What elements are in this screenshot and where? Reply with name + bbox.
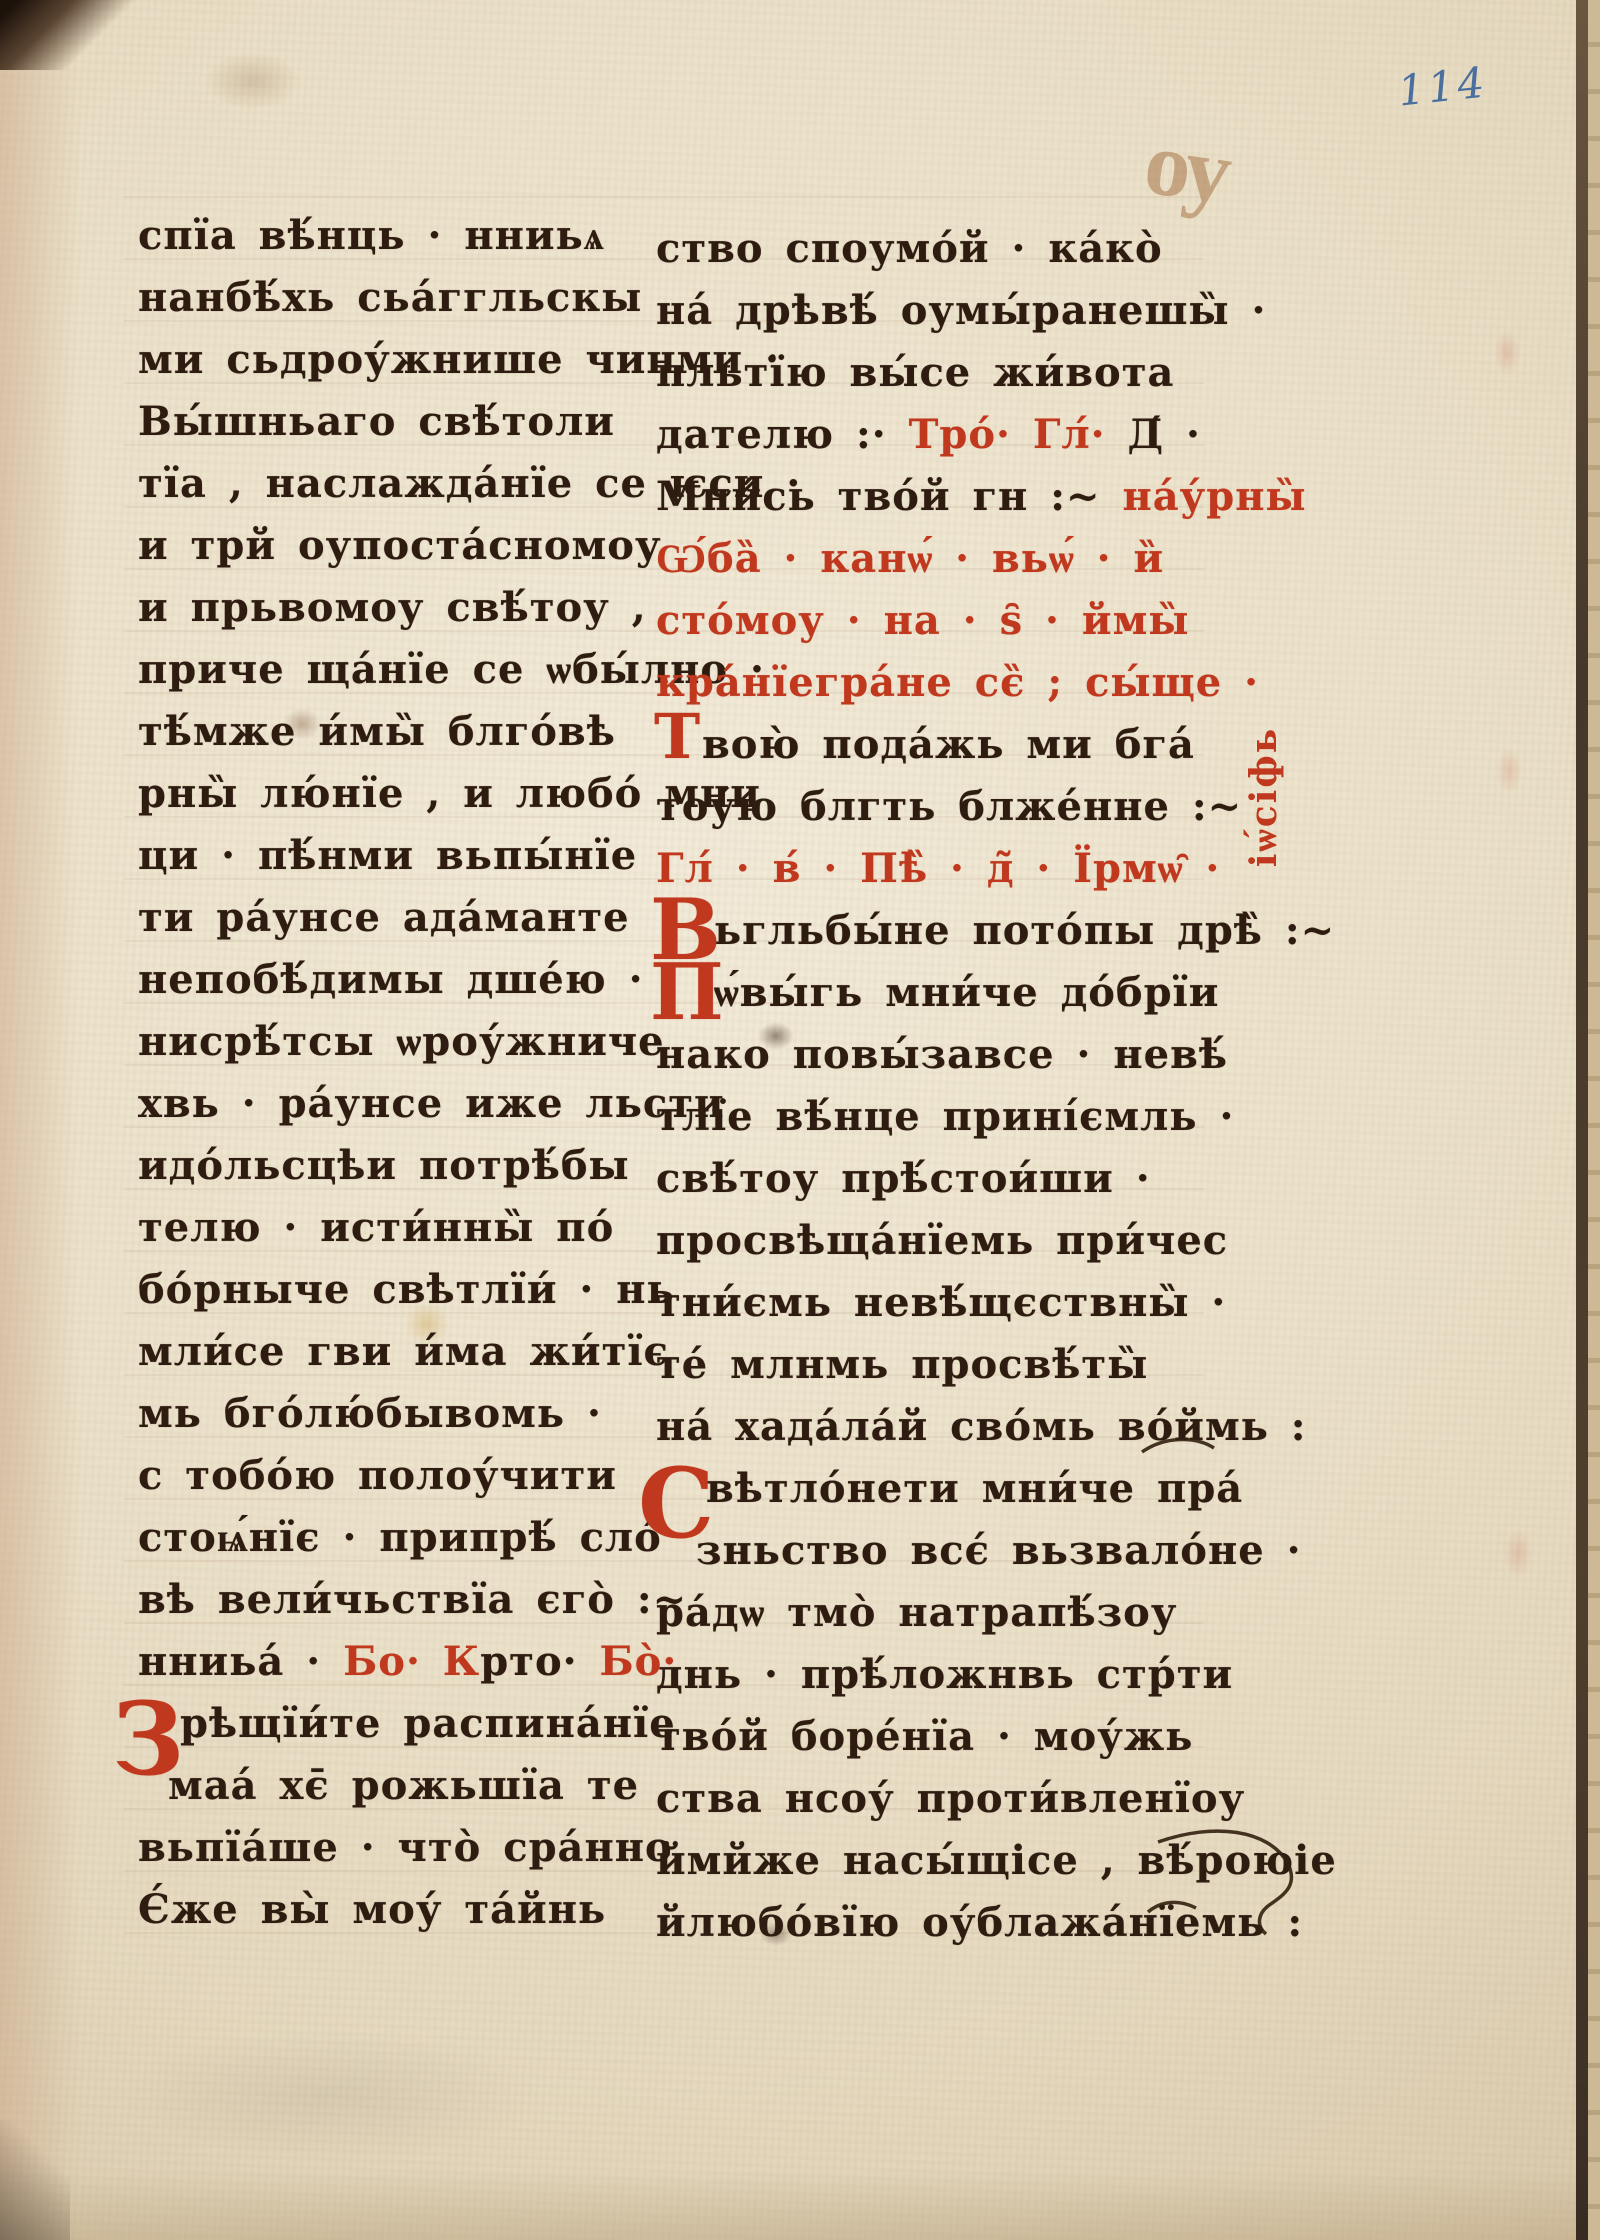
stain [120,2030,540,2160]
text-segment: рѣщїи́те распина́нїе [180,1700,676,1747]
text-line: вьпїа́ше · что̀ сра́нно [138,1817,673,1879]
text-line: тоу́ю блгть блже́нне :~ [656,776,1242,838]
text-line: дателю :· Тро́· Гл́· Д́ · [656,404,1201,466]
manuscript-page: спїа вѣ́нць · нниьѧнанбѣ́хь сьа́ггльскым… [0,0,1600,2240]
text-segment: хвь · ра́унсе иже льсти [138,1080,725,1127]
stain [1494,330,1520,376]
text-segment: Тро́· [909,411,1033,458]
text-line: Твою̀ пода́жь ми бга́ [656,714,1195,776]
text-segment: на́ хада́ла́й сво́мь во́ймь : [656,1403,1307,1450]
text-line: сто́моу · на · ѕ̑ · ймы̏ [656,590,1189,652]
text-line: Мни́сь тво́й гн :~ на́у́рны̏ [656,466,1307,528]
text-segment: Вы́шньаго свѣ́толи [138,398,615,445]
text-segment: бо́рныче свѣтлїи́ · нь [138,1266,675,1313]
page-stack-edge [1588,0,1600,2240]
text-segment: и прьвомоу свѣ́тоу , [138,584,647,631]
stain [1496,748,1522,794]
text-line: Вы́шньаго свѣ́толи [138,391,615,453]
stain [1504,1528,1532,1578]
text-line: пльтїю вы́се жи́вота [656,342,1174,404]
text-line: ти ра́унсе ада́манте [138,887,630,949]
text-segment: зньство всє́ вьзвало́не · [696,1527,1302,1574]
text-segment: на́ дрѣвѣ́ оумы́ранешы̏ · [656,287,1266,334]
text-segment: сто́моу · на · ѕ̑ · ймы̏ [656,597,1189,644]
text-segment: йлюбо́вїю оу́блажа́нїемь : [656,1899,1303,1946]
text-line: с тобо́ю полоу́чити [138,1445,617,1507]
text-line: нако повы́завсе · невѣ́ [656,1024,1228,1086]
text-segment: тво́й боре́нїа · моу́жь [656,1713,1193,1760]
text-line: мли́се гви и́ма жи́тїє [138,1321,669,1383]
text-line: и прьвомоу свѣ́тоу , [138,577,647,639]
text-segment: днь · прѣ́ложнвь стр́ти [656,1651,1233,1698]
text-segment: Є́же вы̀ моу́ та́йнь [138,1886,606,1933]
text-segment: ра́дѡ тмо̀ натрапѣ́зоу [656,1589,1177,1636]
text-line: ство споумо́й · ка́ко̀ [656,218,1163,280]
text-line: днь · прѣ́ложнвь стр́ти [656,1644,1233,1706]
text-line: вѣ вели́чьствїа єго̀ :~ [138,1569,687,1631]
text-line: Є́же вы̀ моу́ та́йнь [138,1879,606,1941]
text-segment: рто· [480,1638,599,1685]
text-segment: непобѣ́димы дше́ю · [138,956,644,1003]
text-segment: с тобо́ю полоу́чити [138,1452,617,1499]
text-line: Вьгльбы́не пото́пы дрѣ̏ :~ [656,900,1335,962]
text-segment: мли́се гви и́ма жи́тїє [138,1328,669,1375]
text-segment: Ѡ́ба̏ · канѡ́ · вьѡ́ · и̏ [656,535,1164,582]
text-line: стоѩ́нїє · припрѣ́ сло́ [138,1507,662,1569]
text-segment: пльтїю вы́се жи́вота [656,349,1174,396]
text-segment: идо́льсцѣи потрѣ́бы [138,1142,630,1189]
stain [205,52,300,110]
text-segment: мь бго́лю́бывомь · [138,1390,602,1437]
text-line: тво́й боре́нїа · моу́жь [656,1706,1193,1768]
text-segment: маа́ хє̄ рожьшїа те [168,1762,639,1809]
text-segment: тѣ́мже и́мы̏ блго́вѣ [138,708,616,755]
dark-corner-top-left [0,0,150,70]
text-segment: телю · исти́нны̏ по́ [138,1204,614,1251]
margin-note-joseph: іѡ́сіфь [1243,687,1287,907]
text-line: ци · пѣ́нми вьпы́нїе [138,825,637,887]
text-segment: вою̀ пода́жь ми бга́ [702,721,1195,768]
text-line: на́ хада́ла́й сво́мь во́ймь : [656,1396,1307,1458]
text-segment: те́ млнмь просвѣ́ты̏ [656,1341,1148,1388]
folio-number: 114 [1396,57,1490,115]
text-segment: вѣтло́нети мни́че пра́ [706,1465,1243,1512]
text-segment: Бо· [343,1638,443,1685]
text-line: тѣ́мже и́мы̏ блго́вѣ [138,701,616,763]
text-segment: ѡ́вы́гь мни́че до́брїи [714,969,1219,1016]
text-line: тлїе вѣ́нце прині́ємль · [656,1086,1234,1148]
drop-cap: Т [654,706,701,768]
text-line: и трй оупоста́сномоу [138,515,662,577]
text-segment: ство споумо́й · ка́ко̀ [656,225,1163,272]
text-line: Гл́ · в́ · Пѣ̏ · д̃ · Їрмѡ̑ · [656,838,1220,900]
text-line: нниьа́ · Бо· Крто· Бо̀· [138,1631,677,1693]
text-line: Пѡ́вы́гь мни́че до́брїи [656,962,1219,1024]
drop-cap: П [650,954,725,1032]
text-segment: стоѩ́нїє · припрѣ́ сло́ [138,1514,662,1561]
text-segment: и трй оупоста́сномоу [138,522,662,569]
text-line: зньство всє́ вьзвало́не · [656,1520,1302,1582]
text-segment: вьпїа́ше · что̀ сра́нно [138,1824,673,1871]
text-line: ра́дѡ тмо̀ натрапѣ́зоу [656,1582,1177,1644]
text-segment: тни́ємь невѣ́щєствны̏ · [656,1279,1226,1326]
text-segment: просвѣща́нїемь при́чес [656,1217,1228,1264]
text-line: спїа вѣ́нць · нниьѧ [138,205,605,267]
text-line: Ѡ́ба̏ · канѡ́ · вьѡ́ · и̏ [656,528,1164,590]
text-line: ства нсоу́ проти́вленїоу [656,1768,1245,1830]
text-line: нанбѣ́хь сьа́ггльскы [138,267,642,329]
text-line: кра́нїегра́не сє̏ ; сы́ще · [656,652,1259,714]
text-line: на́ дрѣвѣ́ оумы́ранешы̏ · [656,280,1266,342]
text-segment: К [443,1638,480,1685]
text-segment: ьгльбы́не пото́пы дрѣ̏ :~ [714,907,1335,954]
text-segment: Гл́· [1033,411,1128,458]
text-segment: Мни́сь тво́й гн :~ [656,473,1122,520]
text-segment: нанбѣ́хь сьа́ггльскы [138,274,642,321]
text-segment: на́у́рны̏ [1122,473,1306,520]
text-line: маа́ хє̄ рожьшїа те [138,1755,639,1817]
text-segment: вѣ вели́чьствїа єго̀ :~ [138,1576,687,1623]
text-segment: кра́нїегра́не сє̏ ; сы́ще · [656,659,1259,706]
text-line: Свѣтло́нети мни́че пра́ [656,1458,1243,1520]
text-line: телю · исти́нны̏ по́ [138,1197,614,1259]
text-segment: нниьа́ · [138,1638,343,1685]
text-segment: ти ра́унсе ада́манте [138,894,630,941]
text-segment: дателю :· [656,411,909,458]
text-line: Зрѣщїи́те распина́нїе [138,1693,676,1755]
text-line: бо́рныче свѣтлїи́ · нь [138,1259,675,1321]
text-segment: тоу́ю блгть блже́нне :~ [656,783,1242,830]
text-line: тни́ємь невѣ́щєствны̏ · [656,1272,1226,1334]
text-segment: ства нсоу́ проти́вленїоу [656,1775,1245,1822]
text-line: непобѣ́димы дше́ю · [138,949,644,1011]
text-segment: спїа вѣ́нць · нниьѧ [138,212,605,259]
text-segment: ймйже насы́щісе , вѣ́роюіе [656,1837,1337,1884]
text-line: нисрѣ́тсы ѡроу́жниче [138,1011,665,1073]
text-line: хвь · ра́унсе иже льсти [138,1073,725,1135]
page-edge-line [1576,0,1588,2240]
text-segment: тлїе вѣ́нце прині́ємль · [656,1093,1234,1140]
text-line: йлюбо́вїю оу́блажа́нїемь : [656,1892,1303,1954]
text-line: идо́льсцѣи потрѣ́бы [138,1135,630,1197]
text-line: свѣ́тоу прѣ́стои́ши · [656,1148,1151,1210]
page-bottom-shading [0,2170,1600,2240]
text-segment: Гл́ · в́ · Пѣ̏ · д̃ · Їрмѡ̑ · [656,845,1220,892]
page-left-shading [0,0,80,2240]
text-segment: Д́ · [1128,411,1201,458]
text-segment: ци · пѣ́нми вьпы́нїе [138,832,637,879]
text-segment: нако повы́завсе · невѣ́ [656,1031,1228,1078]
text-line: просвѣща́нїемь при́чес [656,1210,1228,1272]
shadow-corner-bottom-left [0,2120,70,2240]
faded-margin-mark: ѹ [1139,107,1238,226]
text-segment: свѣ́тоу прѣ́стои́ши · [656,1155,1151,1202]
text-line: мь бго́лю́бывомь · [138,1383,602,1445]
text-line: те́ млнмь просвѣ́ты̏ [656,1334,1148,1396]
text-segment: нисрѣ́тсы ѡроу́жниче [138,1018,665,1065]
text-line: ймйже насы́щісе , вѣ́роюіе [656,1830,1337,1892]
